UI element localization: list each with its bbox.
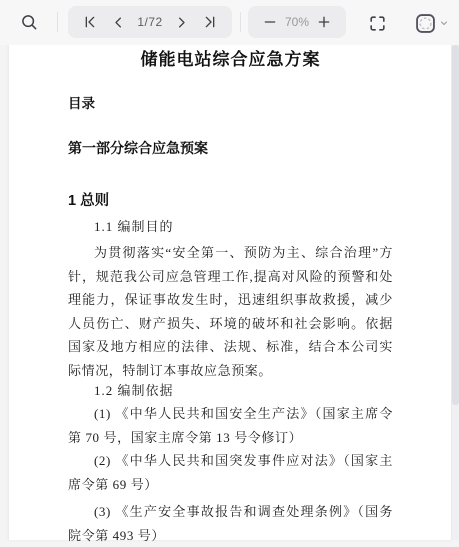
toc-heading: 目录 xyxy=(68,95,393,112)
chevron-left-icon xyxy=(111,15,126,30)
zoom-in-button[interactable] xyxy=(314,12,334,32)
toolbar-divider xyxy=(57,12,58,32)
zoom-control-group: 70% xyxy=(248,6,346,38)
chevron-down-icon xyxy=(439,18,449,28)
last-page-icon xyxy=(202,14,218,30)
document-canvas: 储能电站综合应急方案 目录 第一部分综合应急预案 1 总则 1.1 编制目的 为… xyxy=(0,45,459,540)
document-page: 储能电站综合应急方案 目录 第一部分综合应急预案 1 总则 1.1 编制目的 为… xyxy=(8,45,452,540)
fullscreen-button[interactable] xyxy=(366,12,388,34)
plus-icon xyxy=(316,14,332,30)
section-1-1-heading: 1.1 编制目的 xyxy=(68,219,393,235)
document-content: 储能电站综合应急方案 目录 第一部分综合应急预案 1 总则 1.1 编制目的 为… xyxy=(68,45,393,540)
page-display-mode-button[interactable] xyxy=(412,10,438,36)
part-heading: 第一部分综合应急预案 xyxy=(68,139,393,158)
toolbar-divider xyxy=(240,12,241,32)
search-icon xyxy=(19,12,39,32)
viewer-toolbar: 1/72 70% xyxy=(0,0,459,45)
section-1-2-heading: 1.2 编制依据 xyxy=(68,383,393,399)
search-button[interactable] xyxy=(18,11,40,33)
next-page-button[interactable] xyxy=(171,12,191,32)
previous-page-button[interactable] xyxy=(109,12,129,32)
reference-item: (3) 《生产安全事故报告和调查处理条例》（国务院令第 493 号） xyxy=(68,500,393,540)
page-indicator[interactable]: 1/72 xyxy=(137,15,162,29)
page-navigation-group: 1/72 xyxy=(68,6,232,38)
minus-icon xyxy=(262,14,278,30)
scrollbar-thumb[interactable] xyxy=(452,45,459,405)
document-title: 储能电站综合应急方案 xyxy=(68,49,393,71)
last-page-button[interactable] xyxy=(200,12,220,32)
paragraph-purpose: 为贯彻落实“安全第一、预防为主、综合治理”方针，规范我公司应急管理工作,提高对风… xyxy=(68,241,393,382)
display-mode-dropdown-button[interactable] xyxy=(438,17,450,29)
fullscreen-icon xyxy=(368,14,387,33)
chevron-right-icon xyxy=(174,15,189,30)
chapter-heading: 1 总则 xyxy=(68,191,393,211)
reference-item: (2) 《中华人民共和国突发事件应对法》（国家主席令第 69 号） xyxy=(68,449,393,496)
reference-item: (1) 《中华人民共和国安全生产法》（国家主席令第 70 号，国家主席令第 13… xyxy=(68,402,393,449)
vertical-scrollbar[interactable] xyxy=(452,45,459,540)
page-display-mode-icon xyxy=(414,12,437,35)
first-page-button[interactable] xyxy=(80,12,100,32)
zoom-out-button[interactable] xyxy=(260,12,280,32)
zoom-level[interactable]: 70% xyxy=(285,15,309,29)
first-page-icon xyxy=(82,14,98,30)
